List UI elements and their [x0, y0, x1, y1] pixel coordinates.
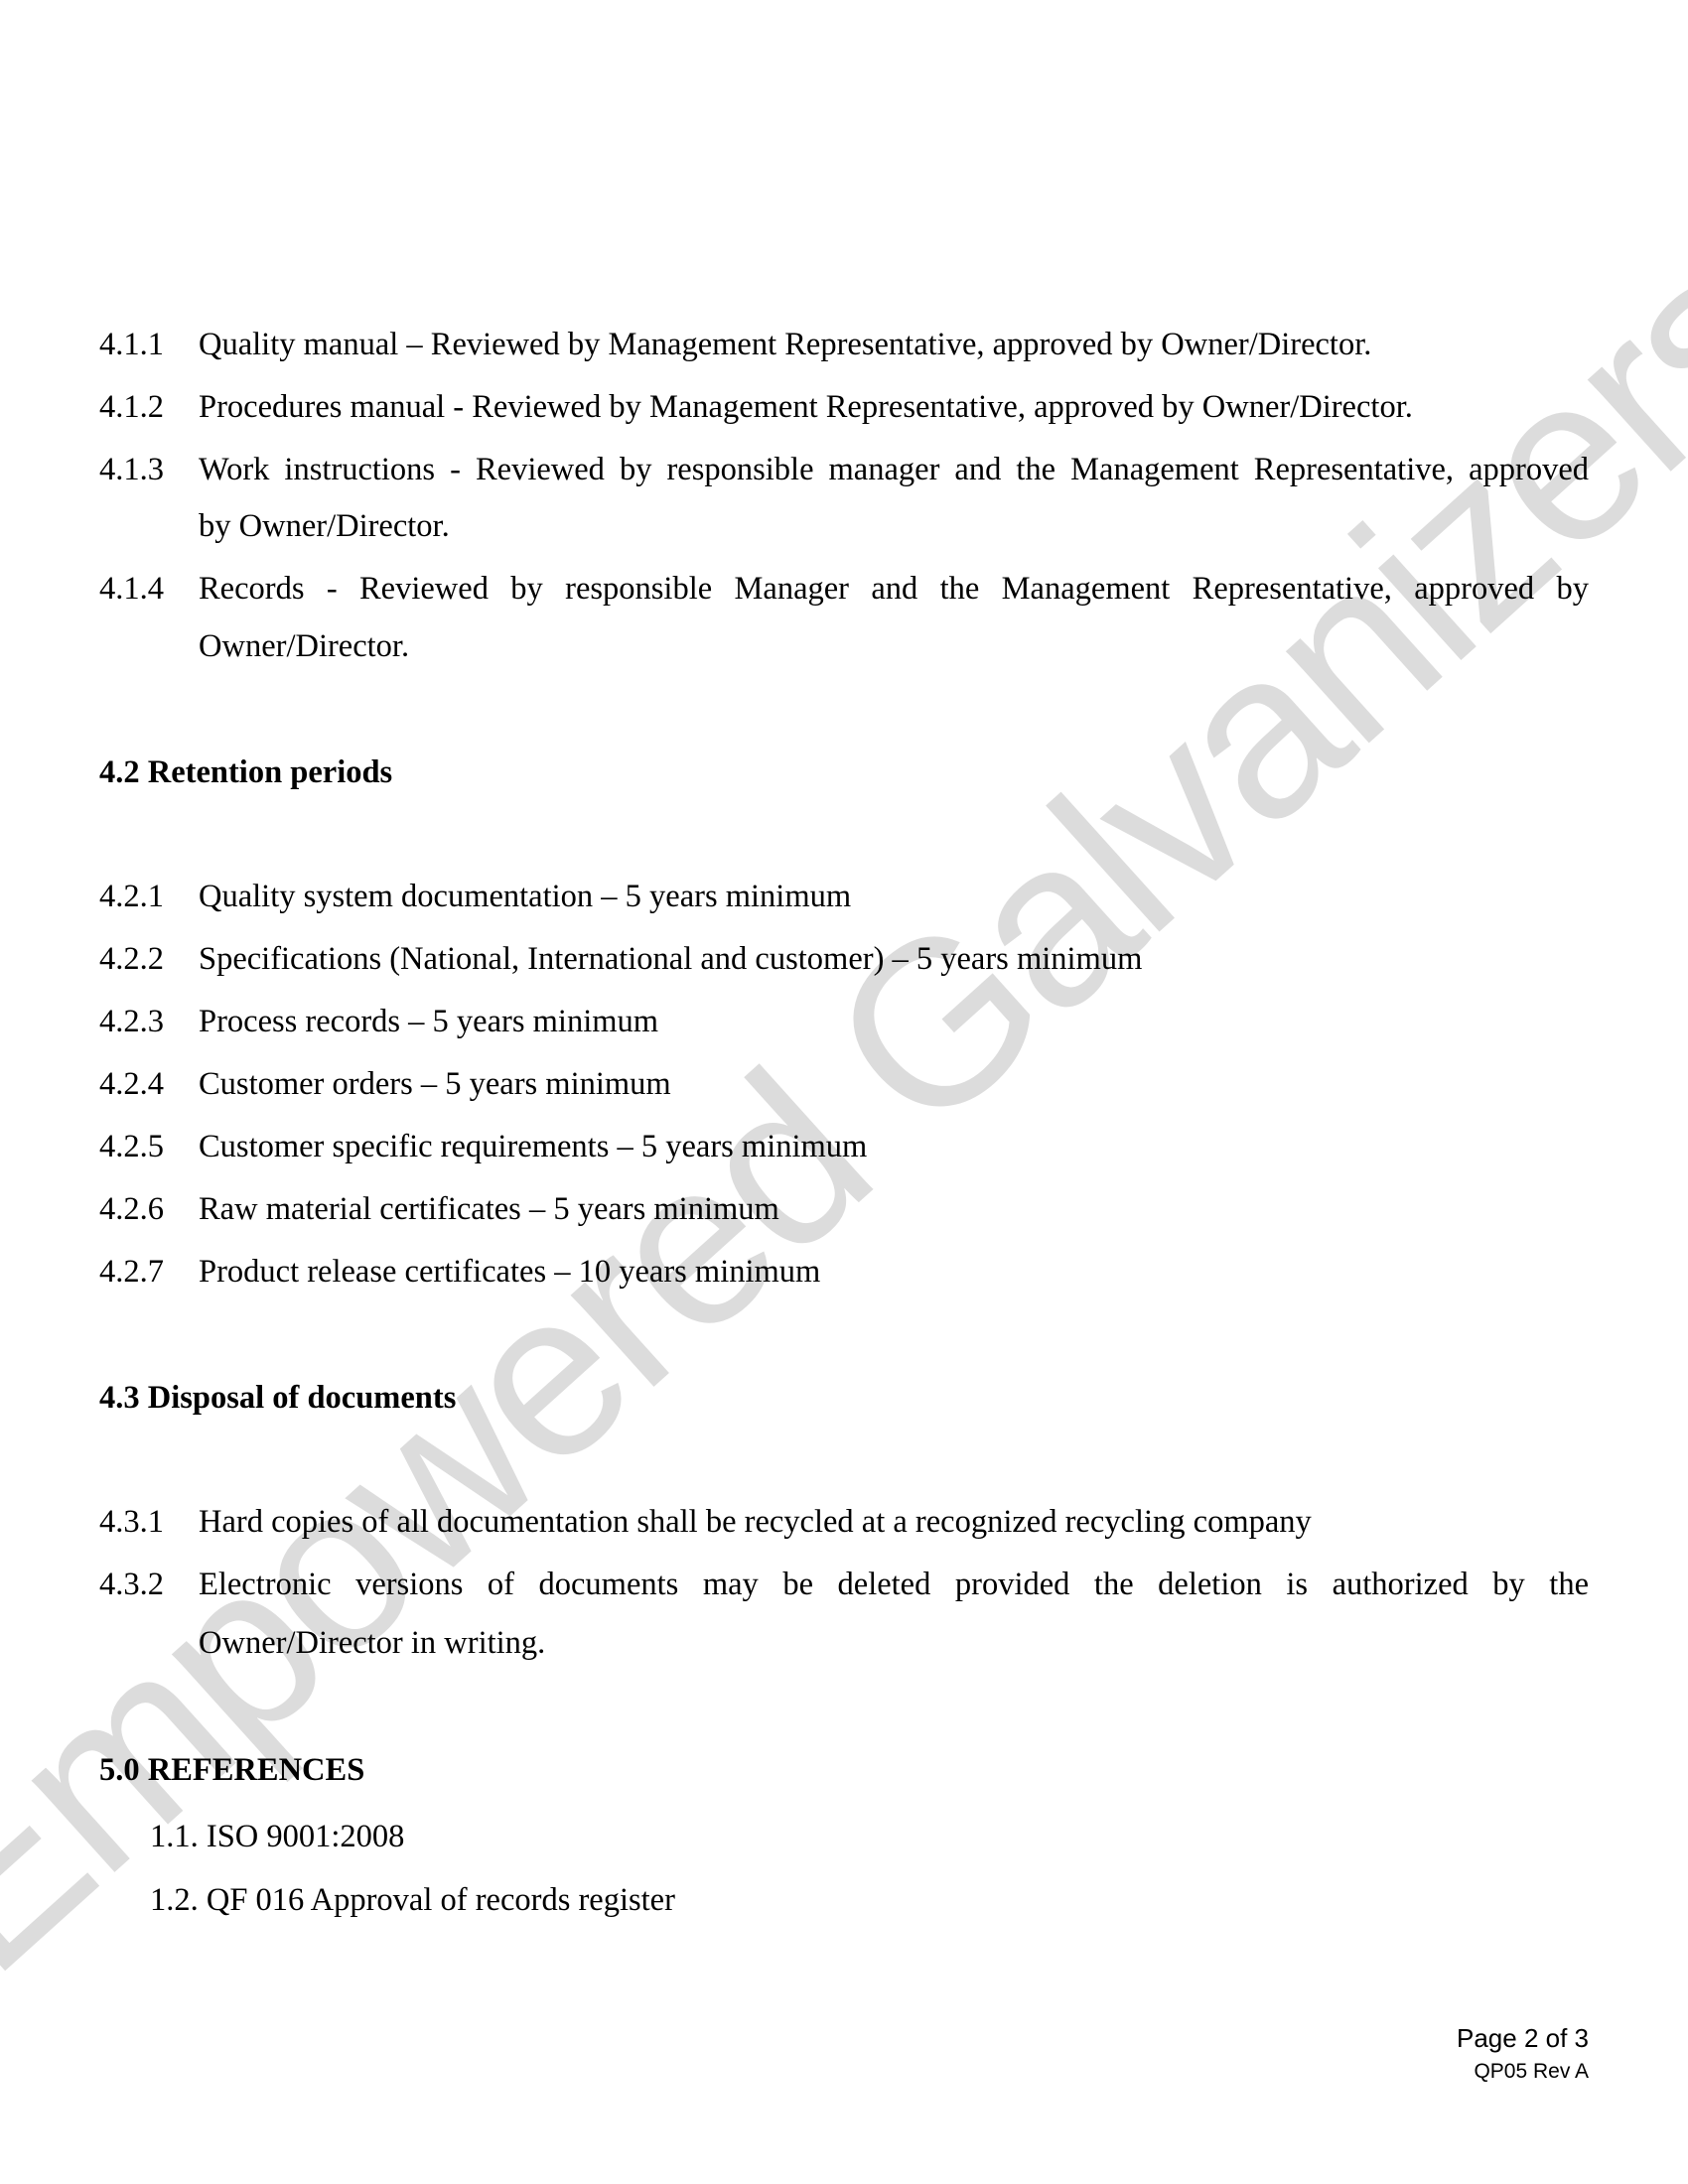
list-item-4-2-4: 4.2.4 Customer orders – 5 years minimum [0, 1064, 1688, 1104]
item-text: Raw material certificates – 5 years mini… [199, 1189, 779, 1229]
item-text-continuation: by Owner/Director. [199, 506, 450, 546]
item-text: Customer orders – 5 years minimum [199, 1064, 671, 1104]
list-item-4-3-2: 4.3.2 Electronic versions of documents m… [0, 1565, 1688, 1604]
item-number: 4.1.4 [99, 569, 164, 609]
item-text-continuation: Owner/Director in writing. [199, 1623, 545, 1663]
section-heading-4-3: 4.3 Disposal of documents [99, 1378, 456, 1418]
item-number: 4.2.2 [99, 939, 164, 979]
item-number: 4.1.2 [99, 387, 164, 427]
document-revision: QP05 Rev A [1474, 2059, 1589, 2085]
section-heading-4-2: 4.2 Retention periods [99, 752, 392, 792]
reference-item: 1.1. ISO 9001:2008 [150, 1817, 404, 1856]
item-number: 4.1.3 [99, 450, 164, 489]
list-item-4-2-5: 4.2.5 Customer specific requirements – 5… [0, 1127, 1688, 1166]
list-item-4-2-6: 4.2.6 Raw material certificates – 5 year… [0, 1189, 1688, 1229]
list-item-4-1-4-continuation: Owner/Director. [0, 626, 1688, 666]
item-number: 4.2.3 [99, 1002, 164, 1041]
item-number: 4.2.6 [99, 1189, 164, 1229]
list-item-4-2-1: 4.2.1 Quality system documentation – 5 y… [0, 877, 1688, 916]
item-text: Quality system documentation – 5 years m… [199, 877, 851, 916]
document-page: 4.1.1 Quality manual – Reviewed by Manag… [0, 0, 1688, 2184]
list-item-4-3-1: 4.3.1 Hard copies of all documentation s… [0, 1502, 1688, 1542]
item-text-continuation: Owner/Director. [199, 626, 409, 666]
item-number: 4.2.4 [99, 1064, 164, 1104]
item-text: Records - Reviewed by responsible Manage… [199, 569, 1589, 609]
list-item-4-1-3: 4.1.3 Work instructions - Reviewed by re… [0, 450, 1688, 489]
item-text: Procedures manual - Reviewed by Manageme… [199, 387, 1413, 427]
item-text: Specifications (National, International … [199, 939, 1142, 979]
item-number: 4.2.1 [99, 877, 164, 916]
list-item-4-2-3: 4.2.3 Process records – 5 years minimum [0, 1002, 1688, 1041]
item-number: 4.2.7 [99, 1252, 164, 1292]
list-item-4-1-3-continuation: by Owner/Director. [0, 506, 1688, 546]
list-item-4-1-2: 4.1.2 Procedures manual - Reviewed by Ma… [0, 387, 1688, 427]
item-text: Quality manual – Reviewed by Management … [199, 325, 1371, 364]
item-number: 4.3.1 [99, 1502, 164, 1542]
item-number: 4.2.5 [99, 1127, 164, 1166]
item-text: Product release certificates – 10 years … [199, 1252, 820, 1292]
list-item-4-2-7: 4.2.7 Product release certificates – 10 … [0, 1252, 1688, 1292]
item-text: Process records – 5 years minimum [199, 1002, 658, 1041]
item-text: Hard copies of all documentation shall b… [199, 1502, 1312, 1542]
list-item-4-1-1: 4.1.1 Quality manual – Reviewed by Manag… [0, 325, 1688, 364]
section-heading-5-0: 5.0 REFERENCES [99, 1750, 364, 1790]
list-item-4-2-2: 4.2.2 Specifications (National, Internat… [0, 939, 1688, 979]
item-number: 4.3.2 [99, 1565, 164, 1604]
page-number: Page 2 of 3 [1457, 2023, 1589, 2053]
item-text: Work instructions - Reviewed by responsi… [199, 450, 1589, 489]
reference-item: 1.2. QF 016 Approval of records register [150, 1880, 675, 1920]
item-text: Electronic versions of documents may be … [199, 1565, 1589, 1604]
item-number: 4.1.1 [99, 325, 164, 364]
item-text: Customer specific requirements – 5 years… [199, 1127, 867, 1166]
list-item-4-1-4: 4.1.4 Records - Reviewed by responsible … [0, 569, 1688, 609]
list-item-4-3-2-continuation: Owner/Director in writing. [0, 1623, 1688, 1663]
